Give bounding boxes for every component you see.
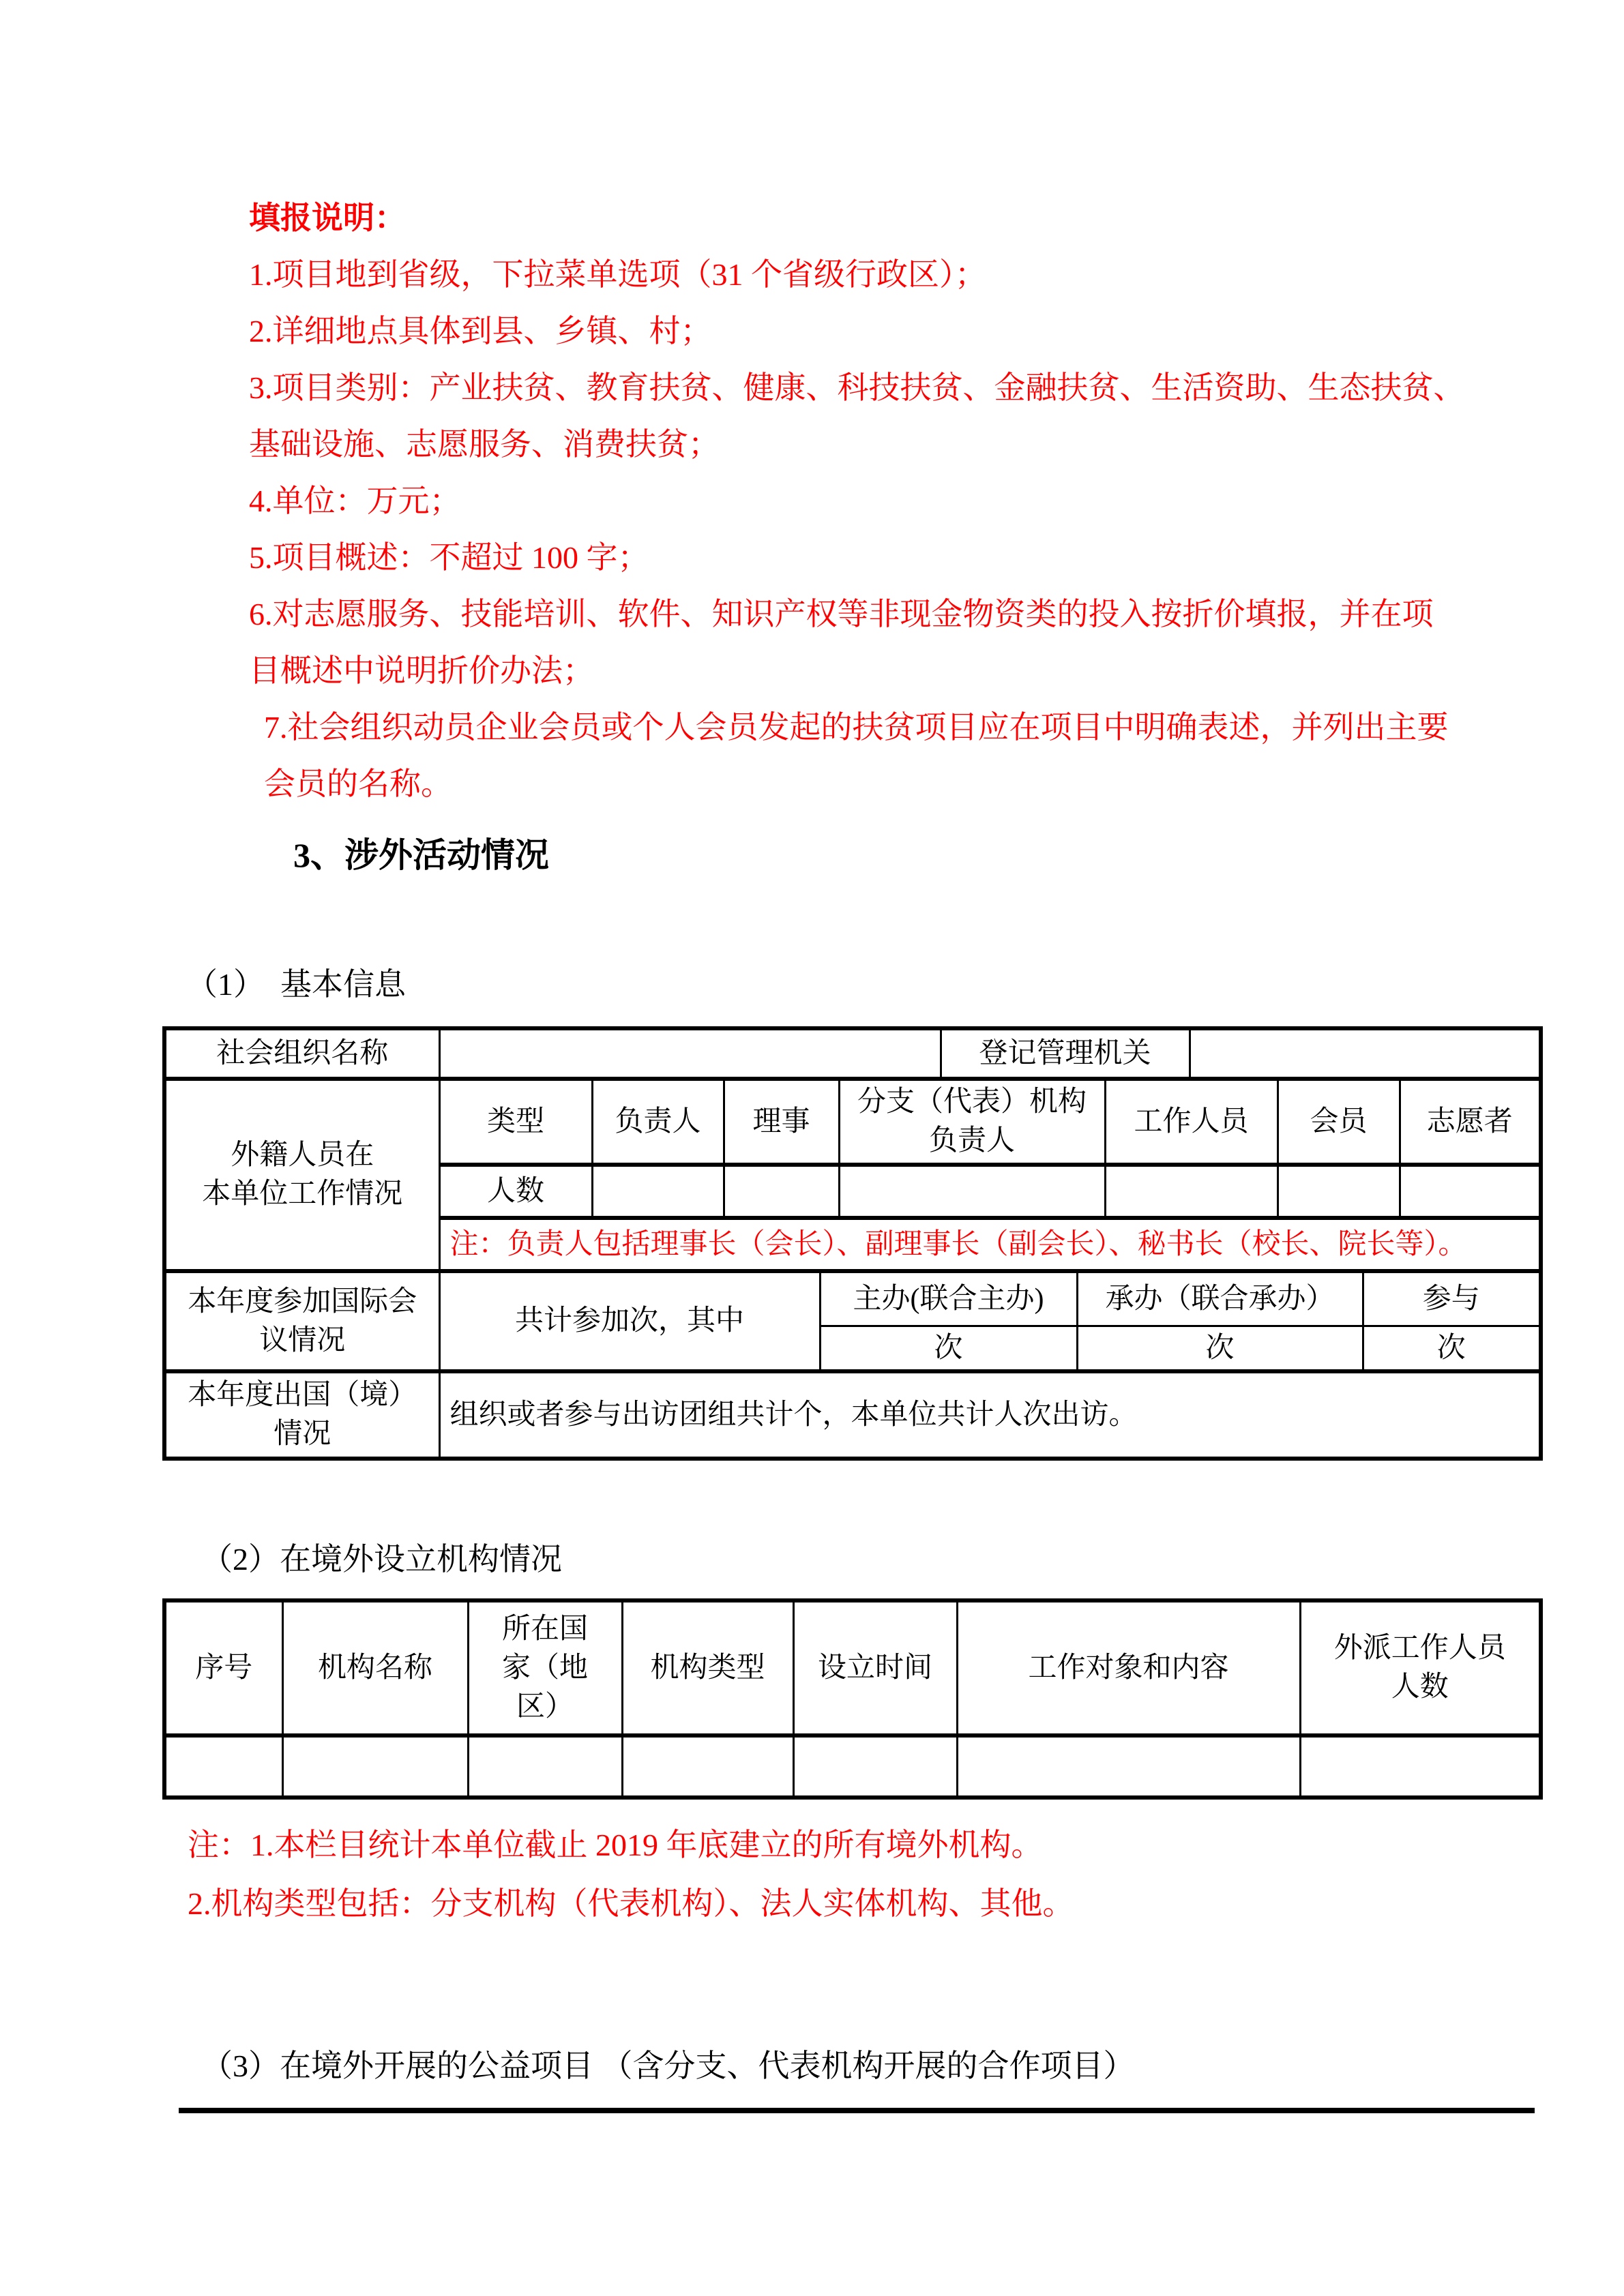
intl-conference-label-cell: 本年度参加国际会 议情况 [166,1273,439,1371]
seq-header-cell: 序号 [166,1602,282,1735]
overseas-projects-heading: （3）在境外开展的公益项目 （含分支、代表机构开展的合作项目） [201,2036,1624,2097]
category-header-cell-staff: 工作人员 [1105,1081,1278,1165]
instruction-line-3: 3.项目类别：产业扶贫、教育扶贫、健康、科技扶贫、金融扶贫、生活资助、生态扶贫、 [249,359,1460,416]
count-value-cell-6[interactable] [1400,1165,1539,1218]
org-name-value-cell[interactable] [439,1030,941,1079]
section-heading: 3、涉外活动情况 [293,824,1624,886]
count-label-cell: 人数 [439,1165,592,1218]
host-times-cell[interactable]: 次 [820,1326,1077,1372]
abroad-text-cell: 组织或者参与出访团组共计个，本单位共计人次出访。 [439,1373,1539,1457]
count-value-cell-1[interactable] [592,1165,724,1218]
org-name-label-cell: 社会组织名称 [166,1030,439,1079]
category-header-cell-branch: 分支（代表）机构 负责人 [839,1081,1105,1165]
org-name-row-table: 社会组织名称 登记管理机关 [166,1030,1539,1081]
abroad-table: 本年度出国（境） 情况 组织或者参与出访团组共计个，本单位共计人次出访。 [166,1373,1539,1457]
table-data-row [166,1735,1539,1795]
divider-line [179,2108,1535,2113]
instruction-line-7: 7.社会组织动员企业会员或个人会员发起的扶贫项目应在项目中明确表述，并列出主要 [264,699,1460,756]
staff-note-cell: 注：负责人包括理事长（会长）、副理事长（副会长）、秘书长（校长、院长等）。 [439,1218,1539,1271]
basic-info-heading: （1） 基本信息 [186,954,1624,1015]
work-scope-value-cell[interactable] [957,1735,1300,1795]
seq-value-cell[interactable] [166,1735,282,1795]
participate-times-cell[interactable]: 次 [1363,1326,1539,1372]
reg-authority-label-cell: 登记管理机关 [941,1030,1190,1079]
category-header-cell-member: 会员 [1278,1081,1400,1165]
table-note-1: 注：1.本栏目统计本单位截止 2019 年底建立的所有境外机构。 [188,1816,1624,1875]
org-type-header-cell: 机构类型 [622,1602,793,1735]
org-type-value-cell[interactable] [622,1735,793,1795]
org-header-cell: 机构名称 [282,1602,468,1735]
type-header-cell: 类型 [439,1081,592,1165]
instruction-line-7b: 会员的名称。 [264,756,1460,812]
instruction-line-6: 6.对志愿服务、技能培训、软件、知识产权等非现金物资类的投入按折价填报，并在项 [249,586,1460,642]
instruction-line-6b: 目概述中说明折价办法； [249,642,1460,699]
category-header-cell-lishi: 理事 [724,1081,839,1165]
host-header-cell: 主办(联合主办) [820,1273,1077,1326]
setup-time-header-cell: 设立时间 [793,1602,957,1735]
participate-header-cell: 参与 [1363,1273,1539,1326]
overseas-table-notes: 注：1.本栏目统计本单位截止 2019 年底建立的所有境外机构。 2.机构类型包… [188,1816,1624,1933]
instruction-line-3b: 基础设施、志愿服务、消费扶贫； [249,416,1460,473]
instruction-line-5: 5.项目概述：不超过 100 字； [249,529,1460,586]
instruction-line-1: 1.项目地到省级，下拉菜单选项（31 个省级行政区）； [249,246,1460,303]
reg-authority-value-cell[interactable] [1190,1030,1539,1079]
overseas-table-grid: 序号 机构名称 所在国 家（地 区） 机构类型 设立时间 工作对象和内容 外派工… [166,1602,1539,1795]
abroad-label-cell: 本年度出国（境） 情况 [166,1373,439,1457]
filling-instructions: 填报说明： 1.项目地到省级，下拉菜单选项（31 个省级行政区）； 2.详细地点… [249,0,1460,812]
undertake-times-cell[interactable]: 次 [1077,1326,1363,1372]
instruction-line-2: 2.详细地点具体到县、乡镇、村； [249,303,1460,359]
foreign-staff-table: 外籍人员在 本单位工作情况 类型 负责人 理事 分支（代表）机构 负责人 工作人… [166,1081,1539,1273]
document-page: 填报说明： 1.项目地到省级，下拉菜单选项（31 个省级行政区）； 2.详细地点… [0,0,1624,2296]
count-value-cell-5[interactable] [1278,1165,1400,1218]
dispatched-staff-value-cell[interactable] [1300,1735,1539,1795]
overseas-org-heading: （2）在境外设立机构情况 [201,1529,1624,1590]
instruction-line-4: 4.单位：万元； [249,473,1460,529]
work-scope-header-cell: 工作对象和内容 [957,1602,1300,1735]
dispatched-staff-header-cell: 外派工作人员 人数 [1300,1602,1539,1735]
country-header-cell: 所在国 家（地 区） [468,1602,622,1735]
count-value-cell-2[interactable] [724,1165,839,1218]
category-header-cell-fuzeren: 负责人 [592,1081,724,1165]
count-value-cell-4[interactable] [1105,1165,1278,1218]
table-row: 本年度参加国际会 议情况 共计参加次，其中 主办(联合主办) 承办（联合承办） … [166,1273,1539,1326]
total-participation-cell: 共计参加次，其中 [439,1273,820,1371]
undertake-header-cell: 承办（联合承办） [1077,1273,1363,1326]
conference-table: 本年度参加国际会 议情况 共计参加次，其中 主办(联合主办) 承办（联合承办） … [166,1273,1539,1373]
table-row: 社会组织名称 登记管理机关 [166,1030,1539,1079]
category-header-cell-volunteer: 志愿者 [1400,1081,1539,1165]
instructions-title: 填报说明： [249,190,1460,246]
org-value-cell[interactable] [282,1735,468,1795]
table-note-2: 2.机构类型包括：分支机构（代表机构）、法人实体机构、其他。 [188,1875,1624,1933]
table-header-row: 序号 机构名称 所在国 家（地 区） 机构类型 设立时间 工作对象和内容 外派工… [166,1602,1539,1735]
country-value-cell[interactable] [468,1735,622,1795]
table-row: 本年度出国（境） 情况 组织或者参与出访团组共计个，本单位共计人次出访。 [166,1373,1539,1457]
count-value-cell-3[interactable] [839,1165,1105,1218]
setup-time-value-cell[interactable] [793,1735,957,1795]
table-row: 外籍人员在 本单位工作情况 类型 负责人 理事 分支（代表）机构 负责人 工作人… [166,1081,1539,1165]
basic-info-table: 社会组织名称 登记管理机关 外籍人员在 本单位工作情况 类型 负责人 理事 分支… [162,1026,1543,1461]
foreign-staff-label-cell: 外籍人员在 本单位工作情况 [166,1081,439,1271]
overseas-org-table: 序号 机构名称 所在国 家（地 区） 机构类型 设立时间 工作对象和内容 外派工… [162,1598,1543,1800]
